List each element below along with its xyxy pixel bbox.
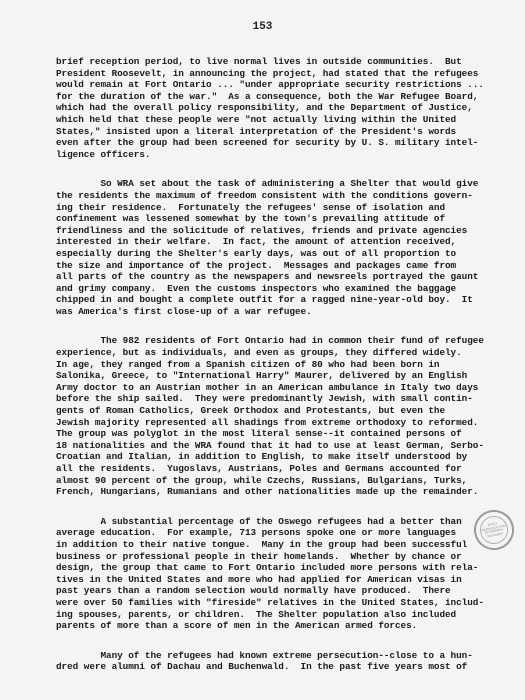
text-line: President Roosevelt, in announcing the p… — [56, 68, 496, 80]
text-line: States," insisted upon a literal interpr… — [56, 126, 496, 138]
text-line: before the ship sailed. They were predom… — [56, 393, 496, 405]
paragraph: brief reception period, to live normal l… — [56, 56, 496, 160]
page-number: 153 — [0, 21, 525, 33]
text-line: gents of Roman Catholics, Greek Orthodox… — [56, 405, 496, 417]
text-line: A substantial percentage of the Oswego r… — [56, 516, 496, 528]
text-line: all parts of the country as the newspape… — [56, 271, 496, 283]
text-line: ing spouses, parents, or children. The S… — [56, 609, 496, 621]
text-line: brief reception period, to live normal l… — [56, 56, 496, 68]
paragraph: The 982 residents of Fort Ontario had in… — [56, 335, 496, 497]
text-line: past years than a random selection would… — [56, 585, 496, 597]
text-line: parents of more than a score of men in t… — [56, 620, 496, 632]
text-line: Salonika, Greece, to "International Harr… — [56, 370, 496, 382]
text-line: all the residents. Yugoslavs, Austrians,… — [56, 463, 496, 475]
paragraph: So WRA set about the task of administeri… — [56, 178, 496, 317]
paragraph: A substantial percentage of the Oswego r… — [56, 516, 496, 632]
text-line: dred were alumni of Dachau and Buchenwal… — [56, 661, 496, 673]
text-line: design, the group that came to Fort Onta… — [56, 562, 496, 574]
text-line: 18 nationalities and the WRA found that … — [56, 440, 496, 452]
text-line: which had the overall policy responsibil… — [56, 102, 496, 114]
text-line: The 982 residents of Fort Ontario had in… — [56, 335, 496, 347]
text-line: experience, but as individuals, and even… — [56, 347, 496, 359]
text-line: The group was polyglot in the most liter… — [56, 428, 496, 440]
document-body: brief reception period, to live normal l… — [56, 56, 496, 691]
text-line: was America's first close-up of a war re… — [56, 306, 496, 318]
text-line: ligence officers. — [56, 149, 496, 161]
stamp-inner-ring: EXACTREPRODUCTIONOF ORIGINALDOCUMENT — [477, 513, 510, 546]
text-line: Many of the refugees had known extreme p… — [56, 650, 496, 662]
text-line: So WRA set about the task of administeri… — [56, 178, 496, 190]
text-line: were over 50 families with "fireside" re… — [56, 597, 496, 609]
text-line: which held that these people were "not a… — [56, 114, 496, 126]
text-line: interested in their welfare. In fact, th… — [56, 236, 496, 248]
text-line: business or professional people in their… — [56, 551, 496, 563]
text-line: the residents the maximum of freedom con… — [56, 190, 496, 202]
text-line: especially during the Shelter's early da… — [56, 248, 496, 260]
text-line: Jewish majority represented all shadings… — [56, 417, 496, 429]
text-line: and grimy company. Even the customs insp… — [56, 283, 496, 295]
text-line: friendliness and the solicitude of relat… — [56, 225, 496, 237]
text-line: in addition to their native tongue. Many… — [56, 539, 496, 551]
text-line: the size and importance of the project. … — [56, 260, 496, 272]
text-line: even after the group had been screened f… — [56, 137, 496, 149]
text-line: Croatian and Italian, in addition to Eng… — [56, 451, 496, 463]
text-line: tives in the United States and more who … — [56, 574, 496, 586]
text-line: almost 90 percent of the group, while Cz… — [56, 475, 496, 487]
text-line: chipped in and bought a complete outfit … — [56, 294, 496, 306]
text-line: for the duration of the war." As a conse… — [56, 91, 496, 103]
text-line: In age, they ranged from a Spanish citiz… — [56, 359, 496, 371]
text-line: average education. For example, 713 pers… — [56, 527, 496, 539]
paragraph: Many of the refugees had known extreme p… — [56, 650, 496, 673]
text-line: confinement was lessened somewhat by the… — [56, 213, 496, 225]
text-line: ing their residence. Fortunately the ref… — [56, 202, 496, 214]
text-line: French, Hungarians, Rumanians and other … — [56, 486, 496, 498]
text-line: would remain at Fort Ontario ... "under … — [56, 79, 496, 91]
text-line: Army doctor to an Austrian mother in an … — [56, 382, 496, 394]
